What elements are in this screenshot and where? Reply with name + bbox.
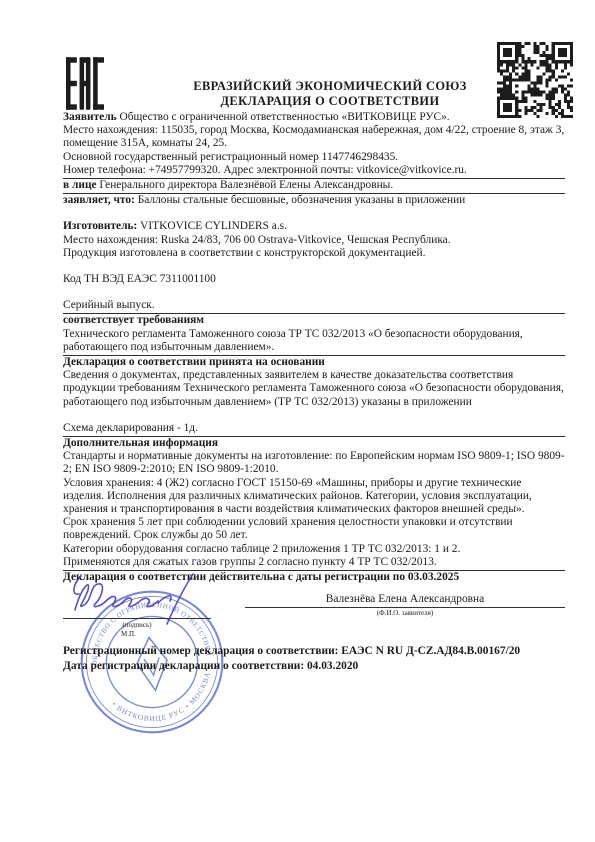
stamp-place-caption: М.П.	[121, 630, 136, 638]
storage-conditions-line: Условия хранения: 4 (Ж2) согласно ГОСТ 1…	[63, 477, 565, 517]
manufacturer-line: Изготовитель: VITKOVICE CYLINDERS a.s.	[63, 220, 565, 233]
serial-issue-line: Серийный выпуск.	[63, 299, 565, 314]
spacer	[63, 286, 565, 299]
standards-line: Стандарты и нормативные документы на изг…	[63, 450, 565, 476]
tnved-code-line: Код ТН ВЭД ЕАЭС 7311001100	[63, 273, 565, 286]
conformity-heading: соответствует требованиям	[63, 314, 565, 327]
spacer	[63, 207, 565, 220]
spacer	[63, 409, 565, 422]
basis-text: Сведения о документах, представленных за…	[63, 369, 565, 409]
applicant-line: Заявитель Общество с ограниченной ответс…	[63, 111, 565, 124]
signatory-name-block: Валезнёва Елена Александровна (Ф.И.О. за…	[245, 593, 565, 618]
manufacturer-docs-line: Продукция изготовлена в соответствии с к…	[63, 247, 565, 260]
handwritten-signature-icon	[65, 570, 225, 630]
stamp-rim-text-bottom: • ВИТКОВИЦЕ РУС • МОСКВА •	[107, 664, 219, 728]
document-body: Заявитель Общество с ограниченной ответс…	[63, 111, 565, 584]
conformity-regulation-line: Технического регламента Таможенного союз…	[63, 328, 565, 356]
applicant-representative-line: в лице Генерального директора Валезнёвой…	[63, 179, 565, 194]
gases-group-line: Применяются для сжатых газов группы 2 со…	[63, 556, 565, 571]
registration-date-value: 04.03.2020	[307, 660, 358, 672]
basis-heading: Декларация о соответствии принята на осн…	[63, 356, 565, 369]
registration-date-line: Дата регистрации декларации о соответств…	[63, 659, 565, 674]
declares-line: заявляет, что: Баллоны стальные бесшовны…	[63, 194, 565, 207]
title-union-line: ЕВРАЗИЙСКИЙ ЭКОНОМИЧЕСКИЙ СОЮЗ	[130, 79, 530, 94]
svg-text:• ВИТКОВИЦЕ РУС • МОСКВА •: • ВИТКОВИЦЕ РУС • МОСКВА •	[107, 664, 219, 728]
document-title: ЕВРАЗИЙСКИЙ ЭКОНОМИЧЕСКИЙ СОЮЗ ДЕКЛАРАЦИ…	[130, 79, 530, 109]
applicant-contacts-line: Номер телефона: +74957799320. Адрес элек…	[63, 164, 565, 179]
signatory-caption: (Ф.И.О. заявителя)	[245, 609, 565, 618]
declaration-page: ЕВРАЗИЙСКИЙ ЭКОНОМИЧЕСКИЙ СОЮЗ ДЕКЛАРАЦИ…	[0, 0, 595, 842]
additional-info-heading: Дополнительная информация	[63, 437, 565, 450]
equipment-category-line: Категории оборудования согласно таблице …	[63, 543, 565, 556]
applicant-address-line: Место нахождения: 115035, город Москва, …	[63, 124, 565, 150]
signature-block: (подпись) М.П. Валезнёва Елена Александр…	[63, 584, 565, 642]
declaration-scheme-line: Схема декларирования - 1д.	[63, 422, 565, 437]
qr-code-icon	[497, 42, 573, 118]
manufacturer-address-line: Место нахождения: Ruska 24/83, 706 00 Os…	[63, 234, 565, 247]
eac-conformity-mark-icon	[66, 55, 104, 112]
title-declaration-line: ДЕКЛАРАЦИЯ О СООТВЕТСТВИИ	[130, 94, 530, 109]
registration-number-line: Регистрационный номер декларация о соотв…	[63, 644, 565, 659]
spacer	[63, 260, 565, 273]
applicant-ogrn-line: Основной государственный регистрационный…	[63, 151, 565, 164]
signatory-name: Валезнёва Елена Александровна	[245, 593, 565, 608]
registration-block: Регистрационный номер декларация о соотв…	[63, 644, 565, 673]
registration-number-value: ЕАЭС N RU Д-CZ.АД84.В.00167/20	[341, 645, 520, 657]
storage-term-line: Срок хранения 5 лет при соблюдении услов…	[63, 516, 565, 542]
